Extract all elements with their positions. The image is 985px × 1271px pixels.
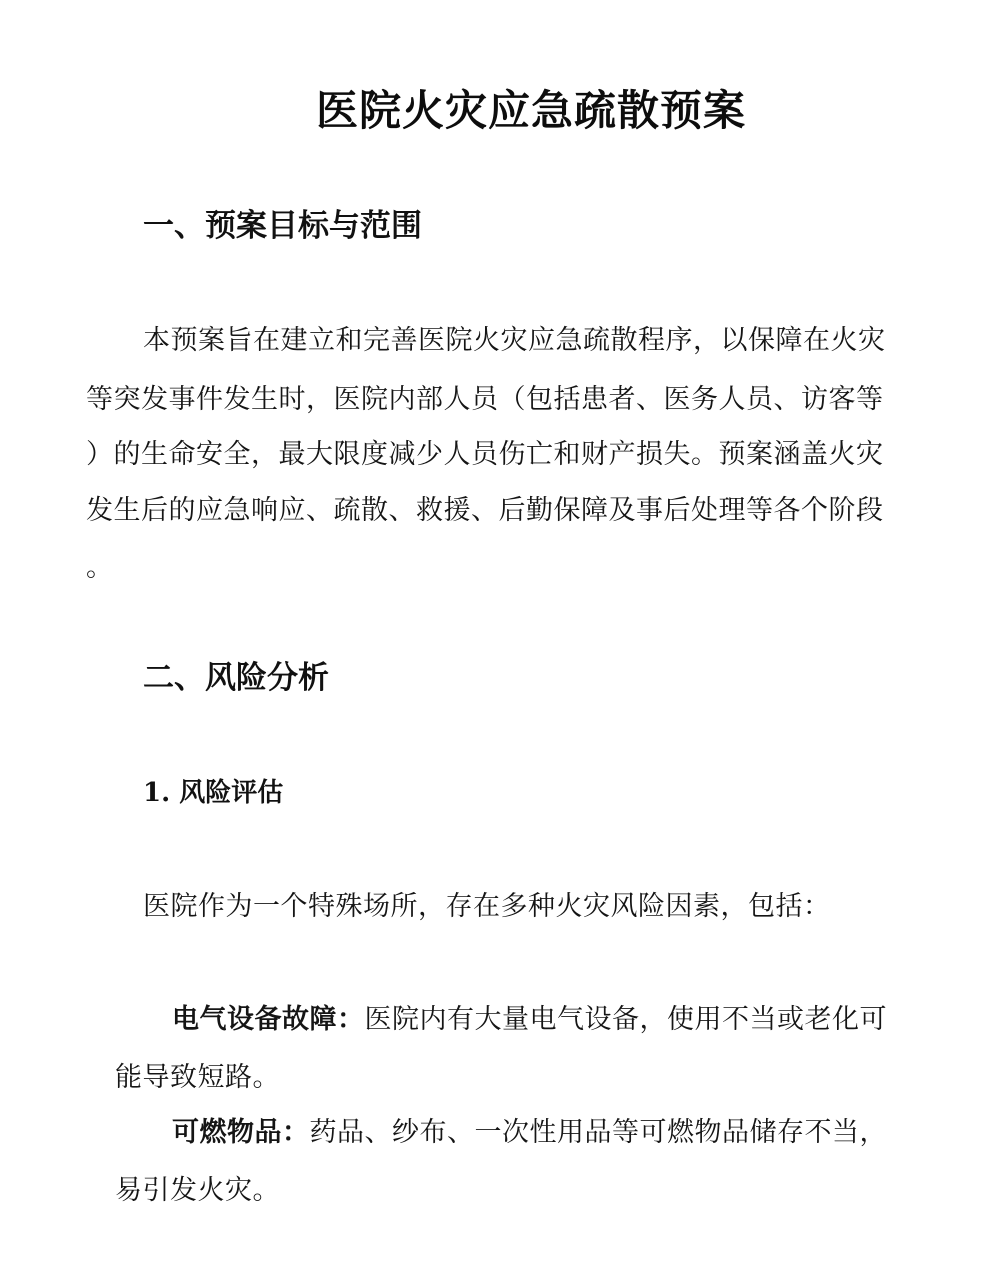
- risk-item-text-continued: 能导致短路。: [115, 1055, 280, 1094]
- document-title: 医院火灾应急疏散预案: [316, 78, 746, 138]
- risk-item-label: 可燃物品：: [172, 1117, 310, 1148]
- paragraph-line: 。: [86, 545, 114, 584]
- risk-item-text-continued: 易引发火灾。: [115, 1168, 280, 1207]
- risk-item-text: 医院内有大量电气设备，使用不当或老化可: [365, 1004, 888, 1035]
- paragraph-line: 本预案旨在建立和完善医院火灾应急疏散程序，以保障在火灾: [143, 318, 886, 357]
- section-heading-risk-analysis: 二、风险分析: [143, 652, 329, 697]
- risk-item-label: 电气设备故障：: [172, 1004, 365, 1035]
- paragraph-line: 发生后的应急响应、疏散、救援、后勤保障及事后处理等各个阶段: [86, 488, 884, 527]
- section-heading-goals-scope: 一、预案目标与范围: [143, 200, 422, 245]
- risk-intro-text: 医院作为一个特殊场所，存在多种火灾风险因素，包括：: [143, 884, 831, 923]
- document-page: 医院火灾应急疏散预案 一、预案目标与范围 本预案旨在建立和完善医院火灾应急疏散程…: [0, 0, 985, 1271]
- paragraph-line: 等突发事件发生时，医院内部人员（包括患者、医务人员、访客等: [86, 377, 884, 416]
- paragraph-line: ）的生命安全，最大限度减少人员伤亡和财产损失。预案涵盖火灾: [86, 432, 884, 471]
- subsection-heading-risk-assessment: 1. 风险评估: [143, 772, 283, 809]
- risk-item-text: 药品、纱布、一次性用品等可燃物品储存不当，: [310, 1117, 888, 1148]
